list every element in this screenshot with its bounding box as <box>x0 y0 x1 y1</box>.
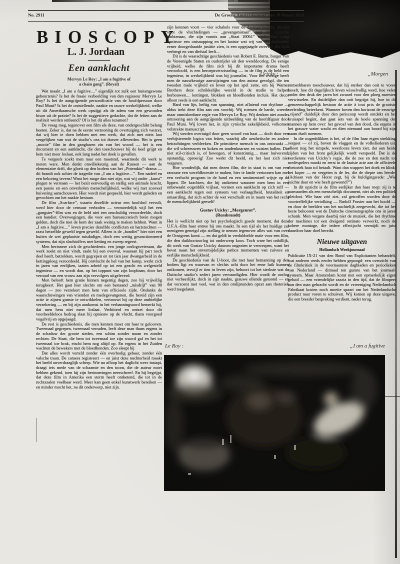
paragraph: Publicatie IX-21 van den Bond van Exploi… <box>288 253 396 302</box>
paragraph: Hard van lijn, heftig van spanning, niet… <box>167 103 289 132</box>
header-rule-bottom <box>28 21 304 22</box>
scan-artifact-top-strip <box>52 0 234 2</box>
review-credit-morgenrot: Gustav Ucicky: „Morgenrot”. (Rembrandt) <box>167 208 289 218</box>
paragraph: Te vergeefs zoekt men naar een maatstaf,… <box>36 157 162 201</box>
paragraph: Hoe wonderlijk, dat men dezen film, die … <box>167 166 289 205</box>
paragraph: De geschiedenis van de U-boot, die met h… <box>167 258 289 292</box>
bottom-photo <box>164 355 385 491</box>
credit-line-2: (Rembrandt) <box>167 213 289 218</box>
issue-number: No. 2911 <box>28 12 45 19</box>
paragraph: zijn ketenen voort — vier schakels voor … <box>167 25 289 54</box>
top-photo-caption: Ucicky : „Morgen <box>260 71 388 79</box>
top-photo <box>270 0 400 58</box>
newspaper-page: No. 2911 De Groene Amsterdammer van 18 M… <box>0 0 400 564</box>
column-3: onmerkbaren toeschouwer, dat hij sterker… <box>288 83 396 343</box>
caption-director: Ucicky : <box>260 71 278 78</box>
bottom-photo-caption: Le Roy : „I am a fugitive <box>165 343 385 351</box>
paragraph: In die oogenblikken is het, of de film h… <box>288 136 396 185</box>
column-1: Wat maakt „I am a fugitive....” eigenlij… <box>36 89 162 467</box>
caption-film-title: „I am a fugitive <box>350 343 385 350</box>
magazine-title: BIOSCOPY <box>30 27 162 48</box>
header-row: No. 2911 De Groene Amsterdammer van 18 M… <box>28 12 304 21</box>
paragraph: onmerkbaren toeschouwer, dat hij sterker… <box>288 83 396 136</box>
paragraph: Men herinnere zich de geschiedenis: een … <box>36 244 162 278</box>
paragraph: Dat alles wordt verteld zonder één overb… <box>36 351 162 390</box>
edition-line: De Groene Amsterdammer van 18 Maart 1933 <box>215 12 304 19</box>
paragraph: Men belooft hem gratie binnen negentig d… <box>36 278 162 322</box>
author-rule <box>88 60 110 61</box>
film-still-illustration <box>164 355 385 491</box>
paragraph: De vraag mag, tegenover een film als dez… <box>36 123 162 157</box>
credit-line-1: Mervyn Le Roy: „I am a fugitive of <box>36 77 162 82</box>
paragraph: Het is wellicht niet op het psychologisc… <box>167 219 289 258</box>
paragraph: Wij werden overtuigd door geen woord van… <box>167 132 289 166</box>
paragraph: In dit opzicht is de film eerlijker dan … <box>288 185 396 234</box>
subsection-heading: Nieuwe uitgaven <box>288 238 396 246</box>
caption-film-title: „Morgen <box>368 71 388 78</box>
caption-director: Le Roy : <box>165 343 184 350</box>
paragraph: Wat maakt „I am a fugitive....” eigenlij… <box>36 89 162 123</box>
section-heading: Een aanklacht <box>36 64 162 74</box>
subsection-subheading: Hollandsch Weekjournaal <box>288 247 396 252</box>
credit-line-2: a chain gang”. (Royal) <box>36 81 162 86</box>
author-name: L. J. Jordaan <box>30 47 162 58</box>
paragraph: De rest is geschiedenis, die men kennen … <box>36 322 162 351</box>
paragraph: De film „Scarface”, waarin dezelfde acte… <box>36 201 162 245</box>
review-credit: Mervyn Le Roy: „I am a fugitive of a cha… <box>36 77 162 88</box>
